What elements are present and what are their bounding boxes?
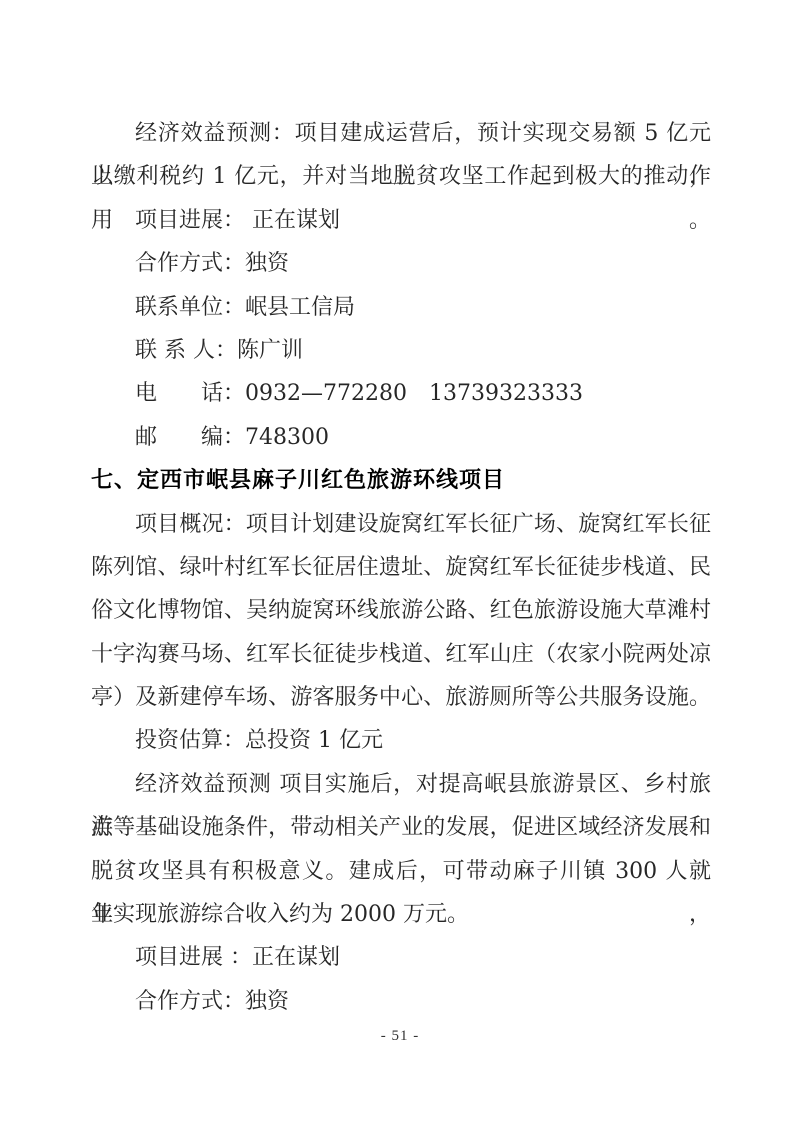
line-econ-forecast2-2: 点等基础设施条件，带动相关产业的发展，促进区域经济发展和	[91, 806, 711, 849]
line-econ-forecast-1: 经济效益预测：项目建成运营后，预计实现交易额 5 亿元以上，	[91, 112, 711, 155]
line-project-overview-2: 陈列馆、绿叶村红军长征居住遗址、旋窝红军长征徒步栈道、民	[91, 546, 711, 589]
page-number: - 51 -	[0, 1028, 800, 1045]
line-project-progress-2: 项目进展 ：正在谋划	[91, 936, 711, 979]
line-cooperation-mode: 合作方式：独资	[91, 242, 711, 285]
line-project-overview-5: 亭）及新建停车场、游客服务中心、旅游厕所等公共服务设施。	[91, 676, 711, 719]
line-project-overview-3: 俗文化博物馆、吴纳旋窝环线旅游公路、红色旅游设施大草滩村	[91, 589, 711, 632]
line-econ-forecast2-1: 经济效益预测 项目实施后，对提高岷县旅游景区、乡村旅游	[91, 763, 711, 806]
line-project-overview-4: 十字沟赛马场、红军长征徒步栈道、红军山庄（农家小院两处凉	[91, 633, 711, 676]
line-postal-code: 邮 编：748300	[91, 416, 711, 459]
line-investment-estimate: 投资估算：总投资 1 亿元	[91, 719, 711, 762]
line-econ-forecast2-3: 脱贫攻坚具有积极意义。建成后，可带动麻子川镇 300 人就业，	[91, 850, 711, 893]
line-project-overview-1: 项目概况：项目计划建设旋窝红军长征广场、旋窝红军长征	[91, 503, 711, 546]
section-heading: 七、定西市岷县麻子川红色旅游环线项目	[91, 459, 711, 502]
page-body: 经济效益预测：项目建成运营后，预计实现交易额 5 亿元以上， 上缴利税约 1 亿…	[91, 112, 711, 1023]
line-contact-person: 联 系 人：陈广训	[91, 329, 711, 372]
line-econ-forecast-2: 上缴利税约 1 亿元，并对当地脱贫攻坚工作起到极大的推动作用。	[91, 155, 711, 198]
line-contact-unit: 联系单位：岷县工信局	[91, 286, 711, 329]
line-phone-number: 电 话：0932—772280 13739323333	[91, 372, 711, 415]
line-cooperation-mode-2: 合作方式：独资	[91, 980, 711, 1023]
document-page: 经济效益预测：项目建成运营后，预计实现交易额 5 亿元以上， 上缴利税约 1 亿…	[0, 0, 800, 1131]
